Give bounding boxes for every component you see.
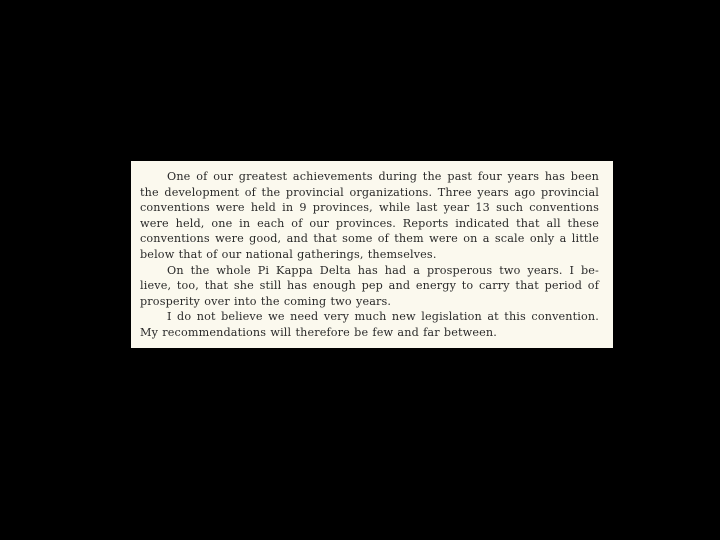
paragraph-legislation: I do not believe we need very much new l… — [140, 309, 599, 340]
text-line: conventions were good, and that some of … — [140, 231, 599, 247]
paragraph-provincial-organizations: One of our greatest achievements during … — [140, 169, 599, 263]
page-background: One of our greatest achievements during … — [0, 0, 720, 540]
text-line: My recommendations will therefore be few… — [140, 325, 599, 341]
text-line: conventions were held in 9 provinces, wh… — [140, 200, 599, 216]
text-line: On the whole Pi Kappa Delta has had a pr… — [140, 263, 599, 279]
text-line: were held, one in each of our provinces.… — [140, 216, 599, 232]
text-line: lieve, too, that she still has enough pe… — [140, 278, 599, 294]
scanned-document-page: One of our greatest achievements during … — [131, 161, 613, 348]
text-line: the development of the provincial organi… — [140, 185, 599, 201]
paragraph-prosperous-years: On the whole Pi Kappa Delta has had a pr… — [140, 263, 599, 310]
text-line: One of our greatest achievements during … — [140, 169, 599, 185]
text-line: prosperity over into the coming two year… — [140, 294, 599, 310]
text-line: I do not believe we need very much new l… — [140, 309, 599, 325]
text-line: below that of our national gatherings, t… — [140, 247, 599, 263]
